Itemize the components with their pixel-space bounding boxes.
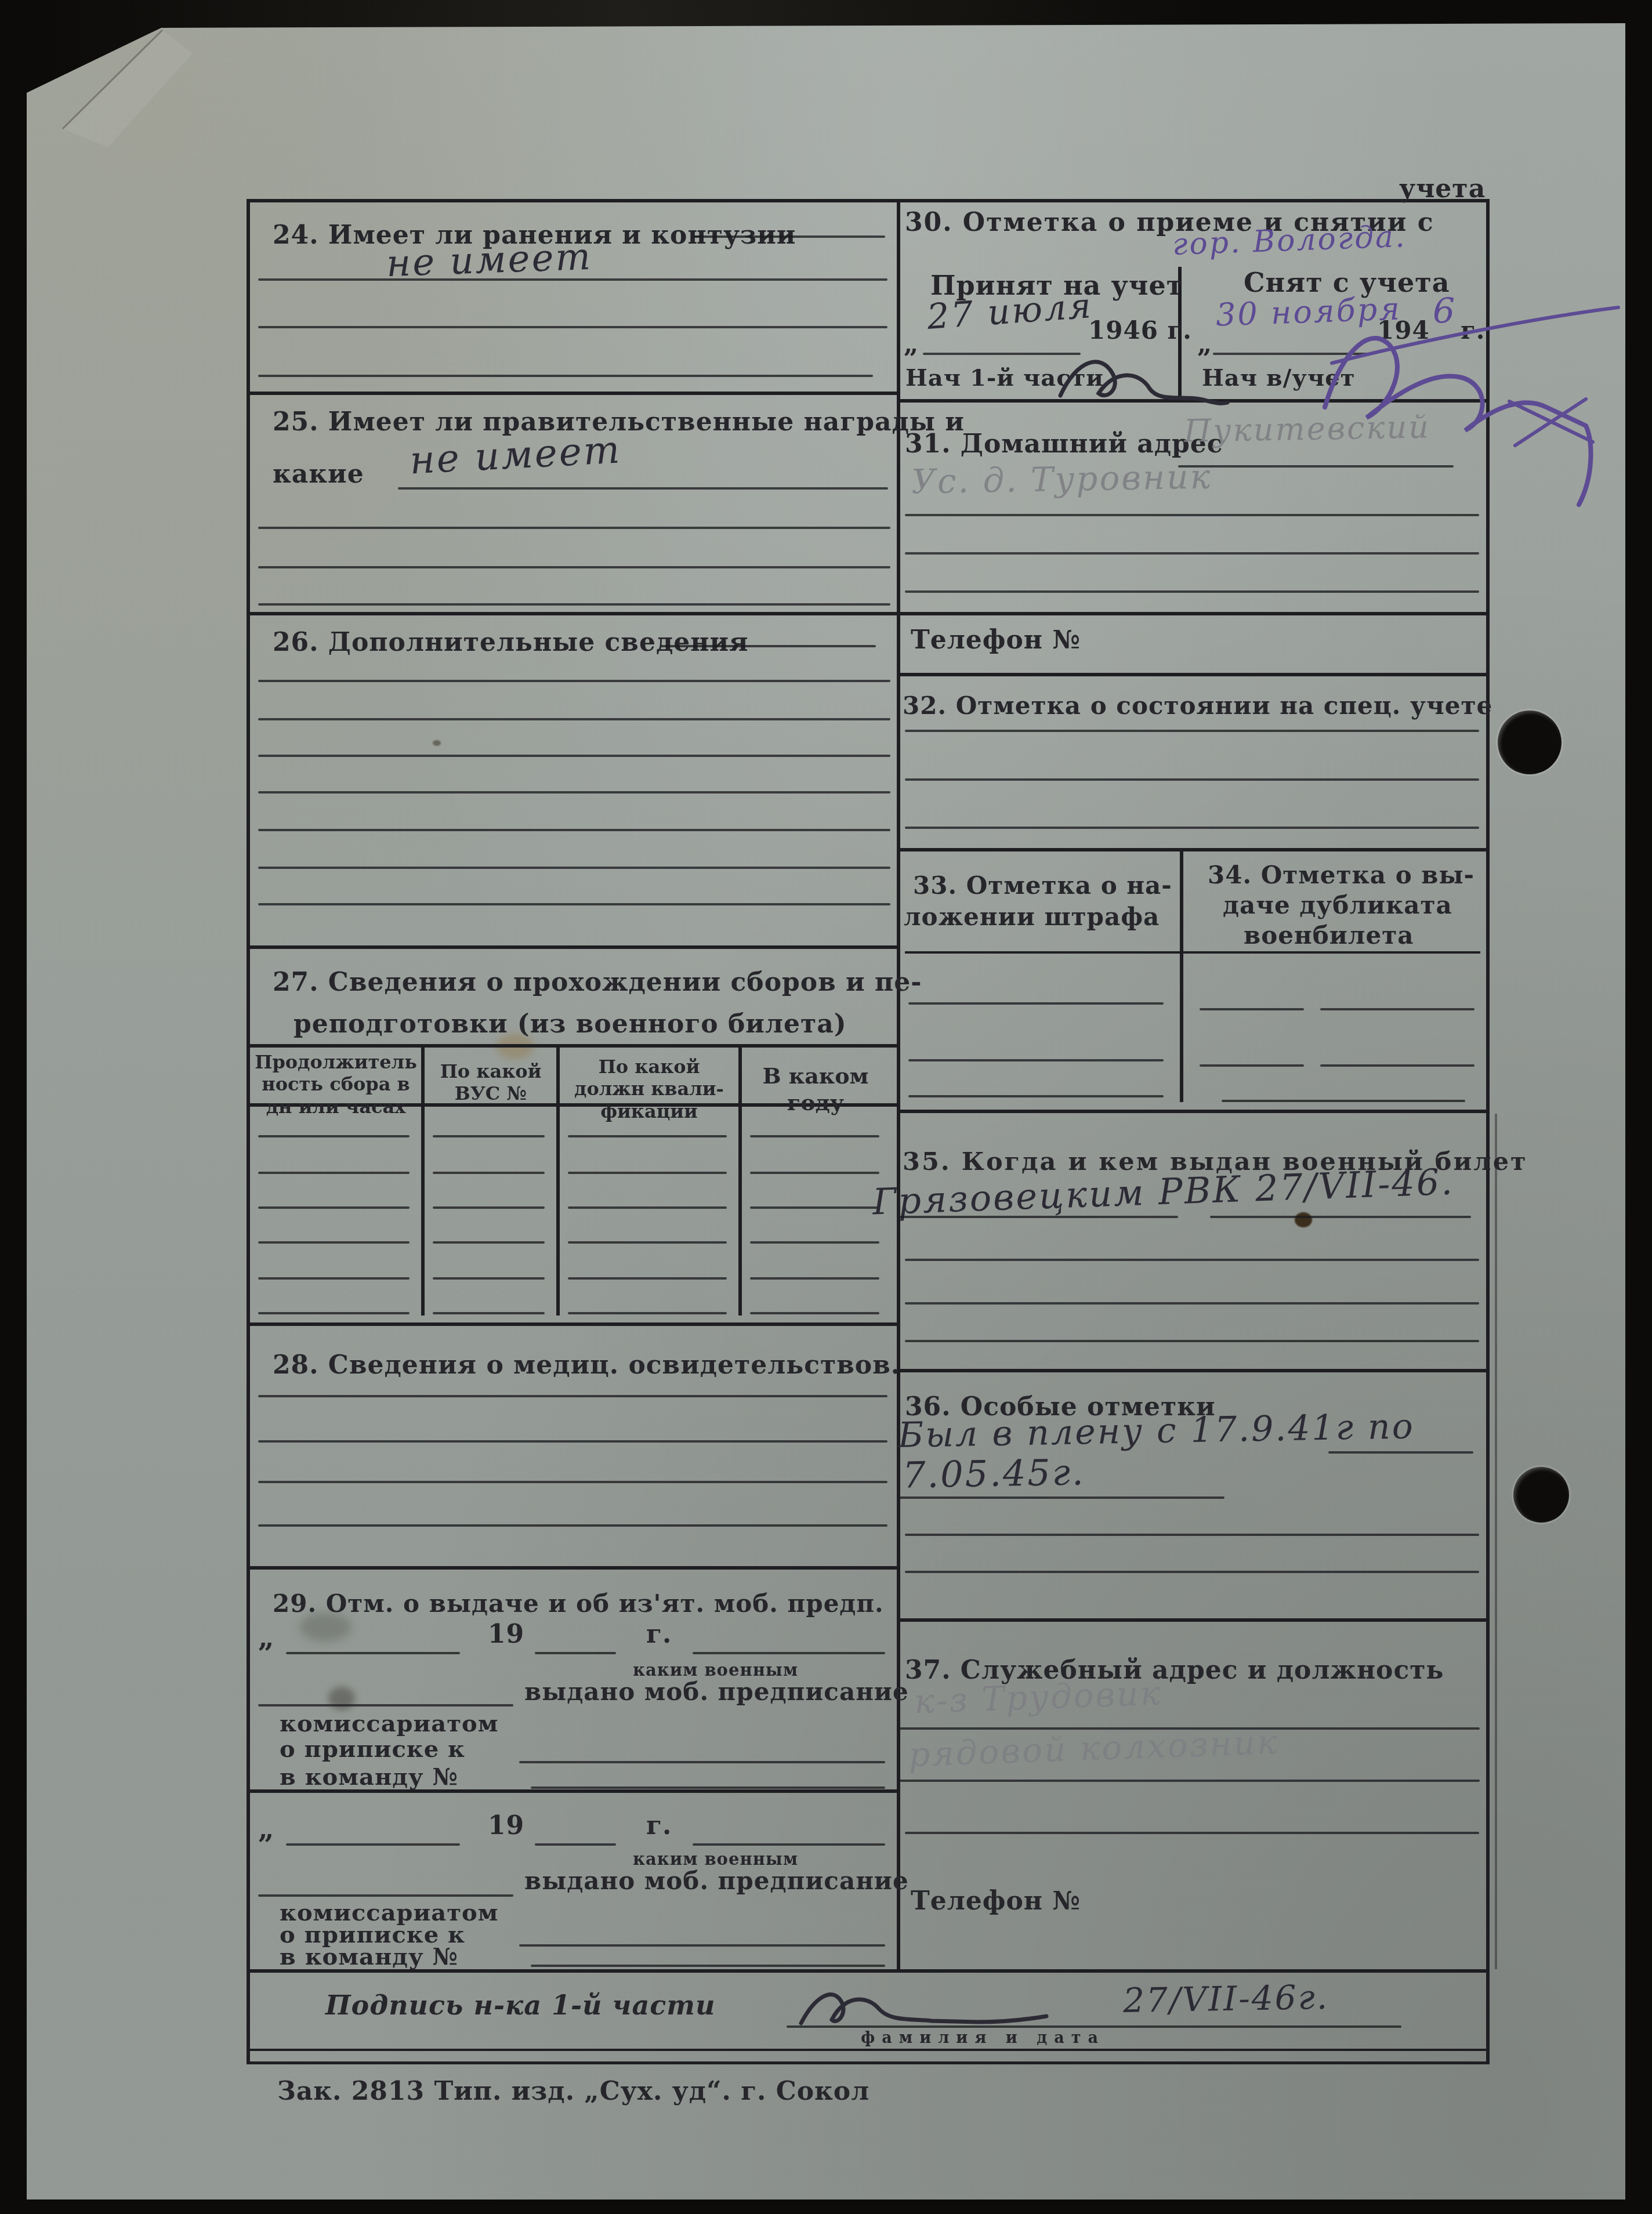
ruled-line (905, 827, 1479, 829)
table-cell-line (258, 1241, 410, 1244)
phone-label-2: Телефон № (911, 1886, 1081, 1916)
ruled-line (905, 1832, 1479, 1834)
table-col-divider (421, 1044, 425, 1316)
blank-field-line (1210, 1216, 1471, 1218)
section-divider (897, 848, 1490, 851)
ruled-line (258, 566, 890, 568)
paper-stain (328, 1687, 355, 1710)
section-divider (897, 1618, 1490, 1622)
s27-col2-header: По какой ВУС № (433, 1060, 549, 1105)
table-cell-line (568, 1277, 727, 1280)
blank-field-line (1213, 353, 1368, 355)
ruled-line (258, 1440, 887, 1443)
ruled-line (905, 1534, 1479, 1536)
penalty-header-underline (905, 951, 1480, 954)
scan-background: 24. Имеет ли ранения и контузии не имеет… (0, 0, 1652, 2214)
s29-commissariat-label: комиссариатом (280, 1710, 498, 1737)
blank-field-line (531, 1787, 885, 1789)
s30-accept-sig-label: Нач 1-й части (905, 364, 1104, 392)
ruled-line (908, 1095, 1164, 1097)
s29-title: 29. Отм. о выдаче и об из'ят. моб. предп… (273, 1589, 884, 1618)
s30-remove-sig-label: Нач в/учет (1202, 364, 1355, 392)
s27-title: 27. Сведения о прохождении сборов и пе- (273, 968, 922, 997)
ruled-line (258, 680, 890, 682)
blank-field-line (286, 1843, 460, 1846)
section-divider (247, 1322, 900, 1326)
table-cell-line (433, 1172, 545, 1174)
punch-hole (1513, 1467, 1569, 1523)
s26-title: 26. Дополнительные сведения (273, 628, 749, 657)
table-cell-line (750, 1312, 879, 1314)
ruled-line (1200, 1008, 1304, 1010)
s29-year-prefix: 19 (488, 1619, 524, 1649)
fold-shade (63, 30, 193, 147)
s29-issued-label: выдано моб. предписание (524, 1677, 909, 1706)
blank-field-line (519, 1761, 885, 1763)
table-cell-line (433, 1135, 545, 1137)
ruled-line (1320, 1008, 1475, 1010)
blank-field-line (1178, 465, 1454, 468)
punch-hole (1498, 711, 1562, 774)
s27-col4-header: В каком году (750, 1063, 881, 1115)
ruled-line (908, 1002, 1164, 1005)
ruled-line (905, 1340, 1479, 1342)
ruled-line (1200, 1064, 1304, 1067)
blank-field-line (1328, 1451, 1473, 1454)
ruled-line (1222, 1100, 1465, 1102)
table-cell-line (433, 1206, 545, 1209)
address-crossout-stroke (1509, 399, 1593, 445)
section-divider (897, 612, 1490, 615)
table-cell-line (568, 1312, 727, 1314)
ruled-line (908, 1059, 1164, 1061)
ruled-line (905, 1259, 1479, 1261)
signature-bottom (801, 1995, 1046, 2023)
s29-team-label: в команду № (280, 1763, 458, 1791)
table-cell-line (568, 1135, 727, 1137)
form-border-left (247, 199, 250, 2063)
s29b-team-label: в команду № (280, 1943, 458, 1970)
registration-card-page: 24. Имеет ли ранения и контузии не имеет… (27, 23, 1625, 2199)
blank-field-line (258, 1704, 513, 1706)
s37-handwritten-line1: к-з Трудовик (914, 1673, 1162, 1722)
s30-remove-quote: „ (1197, 329, 1212, 359)
s29b-quote: „ (258, 1813, 275, 1846)
ruled-line (258, 755, 890, 757)
form-border-right (1486, 199, 1490, 2063)
section-divider (247, 1566, 900, 1570)
s29b-issued-caption: каким военным (633, 1849, 798, 1869)
form-border-right-rough (1495, 1114, 1497, 1969)
table-cell-line (258, 1206, 410, 1209)
paper-stain (433, 740, 441, 746)
ruled-line (258, 1395, 887, 1397)
table-cell-line (258, 1312, 410, 1314)
s32-title: 32. Отметка о состоянии на спец. учете (903, 691, 1492, 720)
fold-crease (63, 30, 162, 129)
blank-field-line (531, 1965, 885, 1967)
s29-year-suffix: г. (646, 1619, 672, 1649)
ruled-line (694, 235, 885, 238)
blank-field-line (519, 1944, 885, 1947)
s36-handwritten-line2: 7.05.45г. (902, 1451, 1085, 1496)
s30-city-handwritten: гор. Вологда. (1172, 219, 1407, 262)
paper-stain (1295, 1212, 1312, 1227)
footer-handwritten-date: 27/VII-46г. (1122, 1977, 1329, 2020)
s27-col1-header: Продолжитель ность сбора в дн или часах (255, 1051, 417, 1118)
section-divider (897, 673, 1490, 676)
ruled-line (258, 903, 890, 905)
ruled-line (660, 645, 876, 647)
table-cell-line (433, 1277, 545, 1280)
form-border-top (247, 199, 1490, 202)
s29-quote: „ (258, 1622, 275, 1654)
s25-title2: какие (273, 459, 364, 489)
ruled-line (258, 829, 890, 831)
ruled-line (258, 375, 873, 377)
ruled-line (1320, 1064, 1475, 1067)
ruled-line (258, 527, 890, 529)
s31-handwritten-line1: Пукитевский (1183, 408, 1430, 449)
table-cell-line (750, 1277, 879, 1280)
ruled-line (258, 1524, 887, 1527)
s27-col3-header: По какой должн квали- фикации (568, 1056, 730, 1122)
ruled-line (905, 730, 1479, 732)
ruled-line (905, 590, 1479, 593)
blank-field-line (900, 1216, 1178, 1218)
s30-accept-year: 1946 г. (1088, 316, 1192, 345)
s29b-year-prefix: 19 (488, 1811, 524, 1840)
section-divider (897, 1369, 1490, 1372)
signature-line (787, 2025, 1401, 2028)
ruled-line (258, 791, 890, 793)
print-shop-imprint: Зак. 2813 Тип. изд. „Сух. уд“. г. Сокол (277, 2077, 870, 2106)
ruled-line (905, 1571, 1479, 1573)
form-border-bottom-inner (247, 2049, 1490, 2051)
table-cell-line (258, 1172, 410, 1174)
footer-signature-label: Подпись н-ка 1-й части (325, 1990, 715, 2021)
blank-field-line (693, 1652, 885, 1654)
table-cell-line (750, 1135, 879, 1137)
s34-title-line1: 34. Отметка о вы- (1208, 861, 1475, 889)
s30-remove-day-handwritten: 30 ноября (1215, 290, 1402, 333)
ruled-line (258, 603, 890, 606)
s33-s34-divider (1180, 848, 1183, 1102)
ruled-line (258, 326, 887, 328)
blank-field-line (923, 353, 1081, 355)
s29b-issued-label: выдано моб. предписание (524, 1867, 909, 1895)
phone-label: Телефон № (911, 625, 1081, 655)
ruled-line (905, 1302, 1479, 1305)
blank-field-line (535, 1652, 616, 1654)
s30-remove-year-suffix: г. (1461, 316, 1485, 345)
s29b-year-suffix: г. (646, 1811, 672, 1840)
section-divider (897, 1110, 1490, 1113)
s33-title-line1: 33. Отметка о на- (913, 871, 1172, 900)
table-col-divider (556, 1044, 560, 1316)
s30-remove-year-digit: 6 (1433, 291, 1457, 332)
section-divider (247, 392, 900, 395)
table-cell-line (433, 1312, 545, 1314)
s34-title-line2: даче дубликата (1223, 891, 1452, 919)
table-cell-line (568, 1172, 727, 1174)
s37-handwritten-line2: рядовой колхозник (908, 1722, 1280, 1774)
ruled-line (258, 718, 890, 720)
table-cell-line (750, 1241, 879, 1244)
blank-field-line (535, 1843, 616, 1846)
table-cell-line (568, 1241, 727, 1244)
table-cell-line (750, 1172, 879, 1174)
ruled-line (905, 778, 1479, 781)
table-cell-line (433, 1241, 545, 1244)
s30-accept-quote: „ (904, 329, 919, 359)
s33-title-line2: ложении штрафа (904, 903, 1160, 931)
blank-field-line (258, 1894, 513, 1897)
section-divider (247, 945, 900, 949)
table-cell-line (568, 1206, 727, 1209)
section-divider (897, 399, 1490, 403)
s29-issued-caption: каким военным (633, 1660, 798, 1680)
table-cell-line (258, 1277, 410, 1280)
s34-title-line3: военбилета (1244, 921, 1414, 950)
table-cell-line (750, 1206, 879, 1209)
ruled-line (258, 867, 890, 869)
s30-remove-year: 194 (1377, 316, 1430, 345)
s31-title: 31. Домашний адрес (905, 429, 1223, 459)
footer-signature-caption: фамилия и дата (861, 2029, 1105, 2047)
table-cell-line (258, 1135, 410, 1137)
s29-attach-label: о приписке к (280, 1735, 465, 1763)
s27-title2: реподготовки (из военного билета) (294, 1009, 847, 1039)
blank-field-line (900, 1496, 1224, 1499)
table-col-divider (738, 1044, 742, 1316)
ruled-line (398, 487, 888, 490)
ruled-line (258, 278, 887, 281)
blank-field-line (286, 1652, 460, 1654)
ruled-line (900, 1780, 1480, 1782)
s28-title: 28. Сведения о медиц. освидетельствов. (273, 1350, 900, 1380)
section-divider (247, 612, 900, 615)
s31-handwritten-line2: Ус. д. Туровник (911, 456, 1212, 501)
s30-title-raised: учета (1399, 174, 1486, 204)
form-border-bottom (247, 2061, 1490, 2064)
table-header-top-border (247, 1044, 900, 1048)
blank-field-line (693, 1843, 885, 1846)
ruled-line (258, 1481, 887, 1483)
s36-handwritten-line1: Был в плену с 17.9.41г по (897, 1406, 1415, 1456)
ruled-line (905, 552, 1479, 555)
ruled-line (905, 514, 1479, 516)
